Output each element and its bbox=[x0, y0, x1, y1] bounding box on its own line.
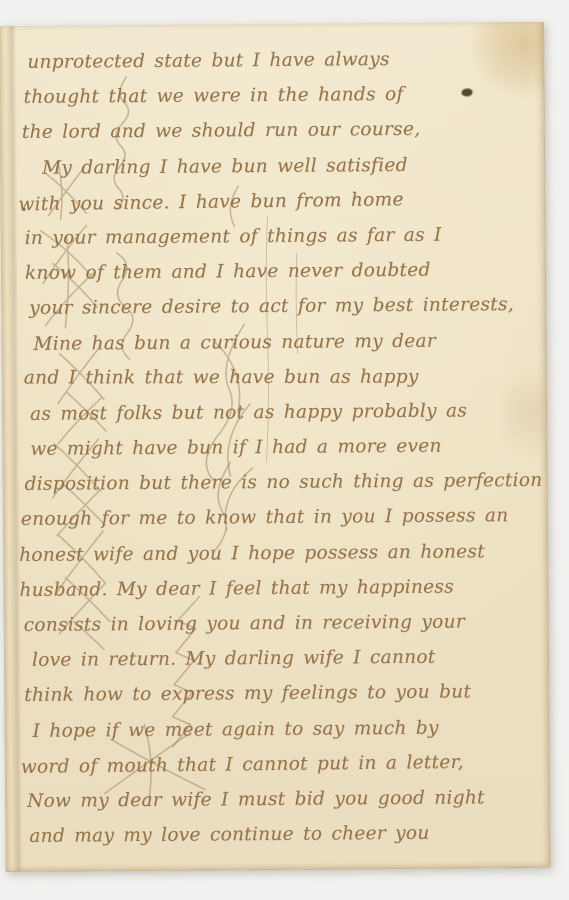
letter-line: unprotected state but I have always bbox=[27, 41, 533, 80]
letter-line: honest wife and you I hope possess an ho… bbox=[19, 533, 537, 572]
letter-line: love in return. My darling wife I cannot bbox=[32, 639, 538, 678]
letter-line: the lord and we should run our course, bbox=[22, 111, 534, 150]
letter-line: My darling I have bun well satisfied bbox=[42, 146, 534, 185]
letter-line: enough for me to know that in you I poss… bbox=[21, 498, 537, 537]
letter-line: and I think that we have bun as happy bbox=[24, 359, 536, 396]
letter-line: husband. My dear I feel that my happines… bbox=[19, 569, 537, 608]
letter-line: consists in loving you and in receiving … bbox=[24, 604, 538, 643]
letter-page: unprotected state but I have always thou… bbox=[0, 22, 551, 872]
letter-line: Mine has bun a curious nature my dear bbox=[33, 322, 535, 361]
letter-line: Now my dear wife I must bid you good nig… bbox=[27, 780, 539, 819]
letter-line: your sincere desire to act for my best i… bbox=[29, 287, 535, 326]
letter-line: disposition but there is no such thing a… bbox=[24, 463, 536, 502]
letter-line: think how to express my feelings to you … bbox=[24, 674, 538, 713]
letter-line: and may my love continue to cheer you bbox=[29, 815, 539, 854]
letter-line: word of mouth that I cannot put in a let… bbox=[21, 744, 539, 785]
letter-line: as most folks but not as happy probably … bbox=[30, 393, 536, 432]
letter-line: thought that we were in the hands of bbox=[23, 76, 533, 115]
letter-line: know of them and I have never doubted bbox=[25, 252, 535, 291]
letter-line: in your management of things as far as I bbox=[25, 217, 535, 256]
letter-line: we might have bun if I had a more even bbox=[30, 428, 536, 467]
letter-line: with you since. I have bun from home bbox=[18, 180, 534, 222]
letter-text: unprotected state but I have always thou… bbox=[27, 41, 539, 854]
letter-line: I hope if we meet again to say much by bbox=[32, 709, 538, 748]
